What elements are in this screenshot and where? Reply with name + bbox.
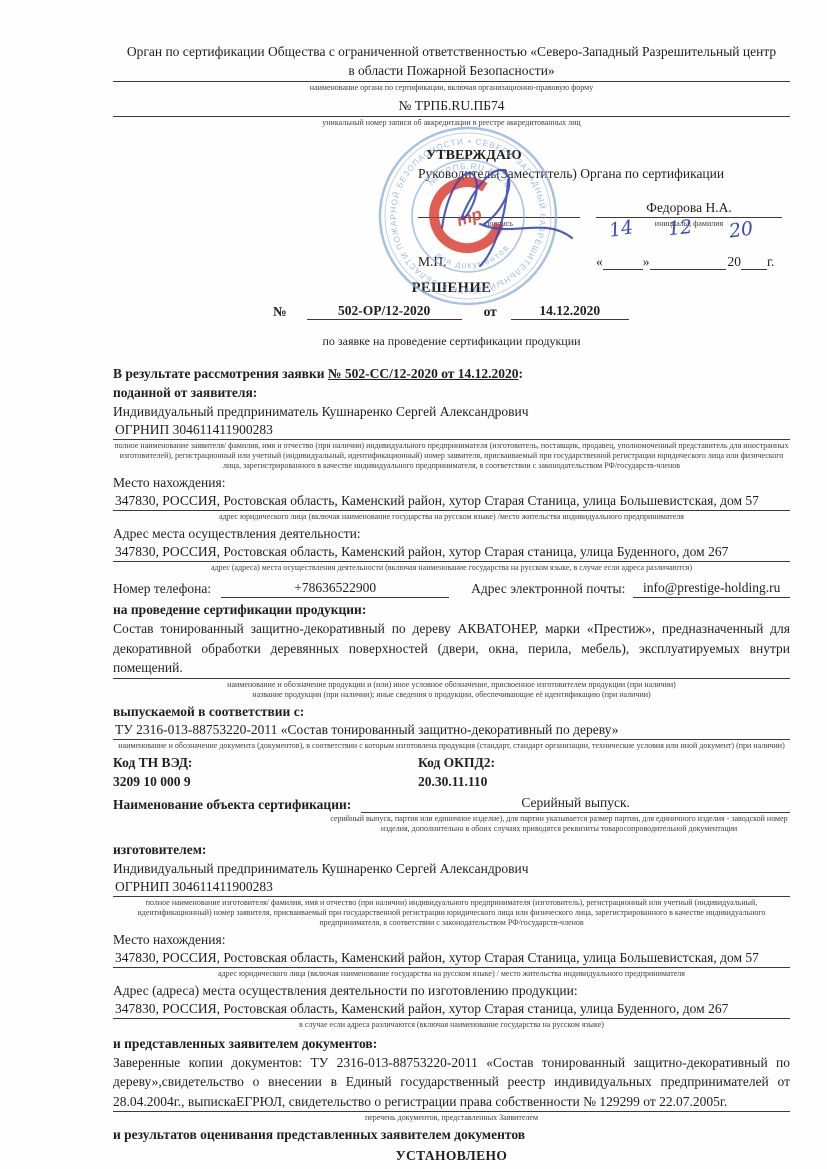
date-day-slot — [603, 253, 643, 270]
signature-line — [418, 200, 580, 218]
produced-according-label: выпускаемой в соответствии с: — [113, 702, 790, 721]
approver-name-caption: инициалы, фамилия — [596, 218, 782, 231]
email-value: info@prestige-holding.ru — [633, 578, 790, 598]
seal-date-row: М.П. « » 20 г. — [418, 253, 794, 270]
decision-subtitle: по заявке на проведение сертификации про… — [113, 334, 790, 349]
docs-list: Заверенные копии документов: ТУ 2316-013… — [113, 1053, 790, 1113]
approval-date: « » 20 г. — [596, 253, 774, 270]
decision-number-row: № 502-ОР/12-2020 от 14.12.2020 — [273, 303, 790, 320]
applicant-name: Индивидуальный предприниматель Кушнаренк… — [113, 402, 790, 421]
okpd-label: Код ОКПД2: — [418, 753, 495, 772]
location-value: 347830, РОССИЯ, Ростовская область, Каме… — [113, 492, 790, 511]
signature-row: подпись Федорова Н.А. инициалы, фамилия — [418, 200, 794, 231]
mfr-location-caption: адрес юридического лица (включая наимено… — [113, 968, 790, 981]
phone-label: Номер телефона: — [113, 579, 211, 598]
approval-block: УТВЕРЖДАЮ Руководитель(Заместитель) Орга… — [418, 148, 794, 270]
date-month-slot — [650, 253, 726, 270]
tu-value: ТУ 2316-013-88753220-2011 «Состав тониро… — [113, 721, 790, 740]
docs-section-header: и представленных заявителем документов: — [113, 1034, 790, 1053]
decision-title: РЕШЕНИЕ — [113, 280, 790, 297]
tu-caption: наименование и обозначение документа (до… — [113, 740, 790, 753]
mfr-activity-label: Адрес (адреса) места осуществления деяте… — [113, 981, 790, 1000]
manufacturer-ogrnip: ОГРНИП 304611411900283 — [113, 878, 790, 897]
manufacturer-caption: полное наименование изготовителя/ фамили… — [113, 897, 790, 930]
mfr-location-label: Место нахождения: — [113, 930, 790, 949]
applicant-caption: полное наименование заявителя/ фамилия, … — [113, 440, 790, 473]
product-section-header: на проведение сертификации продукции: — [113, 600, 790, 619]
phone-email-row: Номер телефона: +78636522900 Адрес элект… — [113, 578, 790, 598]
accreditation-number: № ТРПБ.RU.ПБ74 — [113, 96, 790, 115]
tnved-label: Код ТН ВЭД: — [113, 753, 418, 772]
tnved-value: 3209 10 000 9 — [113, 772, 418, 791]
decision-date-value: 14.12.2020 — [511, 303, 629, 320]
approver-name: Федорова Н.А. — [596, 200, 782, 218]
intro-line: В результате рассмотрения заявки № 502-С… — [113, 364, 790, 383]
established-heading: УСТАНОВЛЕНО — [113, 1146, 790, 1165]
intro-label: В результате рассмотрения заявки — [113, 366, 328, 381]
certification-object-caption: серийный выпуск, партия или единичное из… — [328, 813, 790, 836]
product-caption-2: название продукции (при наличии); иные с… — [113, 690, 790, 702]
certification-object-label: Наименование объекта сертификации: — [113, 797, 351, 813]
decision-document-page: Орган по сертификации Общества с огранич… — [0, 0, 827, 1169]
date-year-slot — [741, 253, 767, 270]
from-applicant-label: поданной от заявителя: — [113, 383, 790, 402]
decision-number-label: № — [273, 304, 287, 320]
mfr-activity-caption: в случае если адреса различаются (включа… — [113, 1019, 790, 1032]
codes-labels-row: Код ТН ВЭД: Код ОКПД2: — [113, 753, 790, 772]
decision-number-value: 502-ОР/12-2020 — [307, 303, 462, 320]
docs-caption: перечень документов, представленных Заяв… — [113, 1112, 790, 1125]
intro-suffix: : — [519, 366, 524, 381]
seal-place-label: М.П. — [418, 254, 478, 270]
applicant-ogrnip: ОГРНИП 304611411900283 — [113, 421, 790, 440]
phone-value: +78636522900 — [221, 578, 449, 598]
accreditation-caption: уникальный номер записи об аккредитации … — [113, 117, 790, 130]
approve-title: УТВЕРЖДАЮ — [418, 148, 794, 164]
manufacturer-name: Индивидуальный предприниматель Кушнаренк… — [113, 859, 790, 878]
location-caption: адрес юридического лица (включая наимено… — [113, 511, 790, 524]
org-name-caption: наименование органа по сертификации, вкл… — [113, 82, 790, 95]
intro-application-ref: № 502-СС/12-2020 от 14.12.2020 — [328, 366, 519, 381]
certification-object-value: Серийный выпуск. — [361, 794, 790, 813]
location-label: Место нахождения: — [113, 473, 790, 492]
okpd-value: 20.30.11.110 — [418, 772, 487, 791]
mfr-activity-value: 347830, РОССИЯ, Ростовская область, Каме… — [113, 1000, 790, 1019]
signature-cell: подпись — [418, 200, 580, 231]
approver-role: Руководитель(Заместитель) Органа по серт… — [418, 164, 794, 184]
results-line: и результатов оценивания представленных … — [113, 1125, 790, 1144]
decision-from-label: от — [484, 304, 497, 320]
manufacturer-label: изготовителем: — [113, 840, 790, 859]
activity-address-value: 347830, РОССИЯ, Ростовская область, Каме… — [113, 543, 790, 562]
activity-address-label: Адрес места осуществления деятельности: — [113, 524, 790, 543]
year-prefix: 20 — [728, 254, 742, 270]
approver-name-cell: Федорова Н.А. инициалы, фамилия — [596, 200, 782, 231]
activity-address-caption: адрес (адреса) места осуществления деяте… — [113, 562, 790, 575]
certification-org-name: Орган по сертификации Общества с огранич… — [127, 42, 777, 80]
year-suffix: г. — [767, 254, 774, 270]
mfr-location-value: 347830, РОССИЯ, Ростовская область, Каме… — [113, 949, 790, 968]
quote-open: « — [596, 254, 603, 270]
signature-caption: подпись — [418, 218, 580, 231]
product-caption-1: наименование и обозначение продукции и (… — [113, 679, 790, 690]
product-description: Состав тонированный защитно-декоративный… — [113, 619, 790, 679]
codes-values-row: 3209 10 000 9 20.30.11.110 — [113, 772, 790, 791]
certification-object-row: Наименование объекта сертификации: Серий… — [113, 794, 790, 813]
quote-close: » — [643, 254, 650, 270]
email-label: Адрес электронной почты: — [471, 579, 625, 598]
